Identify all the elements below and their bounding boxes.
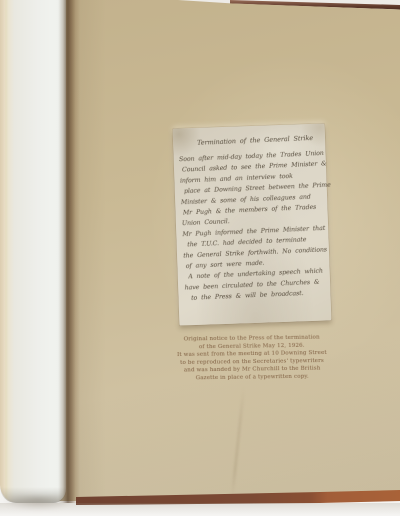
- table-shadow: [0, 503, 400, 515]
- pasted-handwritten-note: Termination of the General Strike Soon a…: [173, 123, 332, 325]
- caption-line: Gazette in place of a typewritten copy.: [170, 372, 334, 382]
- note-title: Termination of the General Strike: [179, 134, 331, 148]
- page-stack-fore-edges: [0, 0, 66, 503]
- note-content: Termination of the General Strike Soon a…: [179, 123, 337, 303]
- caption-text: Original notice to the Press of the term…: [170, 333, 335, 382]
- note-body: Soon after mid-day today the Trades Unio…: [179, 147, 337, 303]
- book-photo: Termination of the General Strike Soon a…: [0, 0, 400, 516]
- printed-caption: Original notice to the Press of the term…: [170, 333, 335, 387]
- gutter-shadow: [58, 0, 80, 503]
